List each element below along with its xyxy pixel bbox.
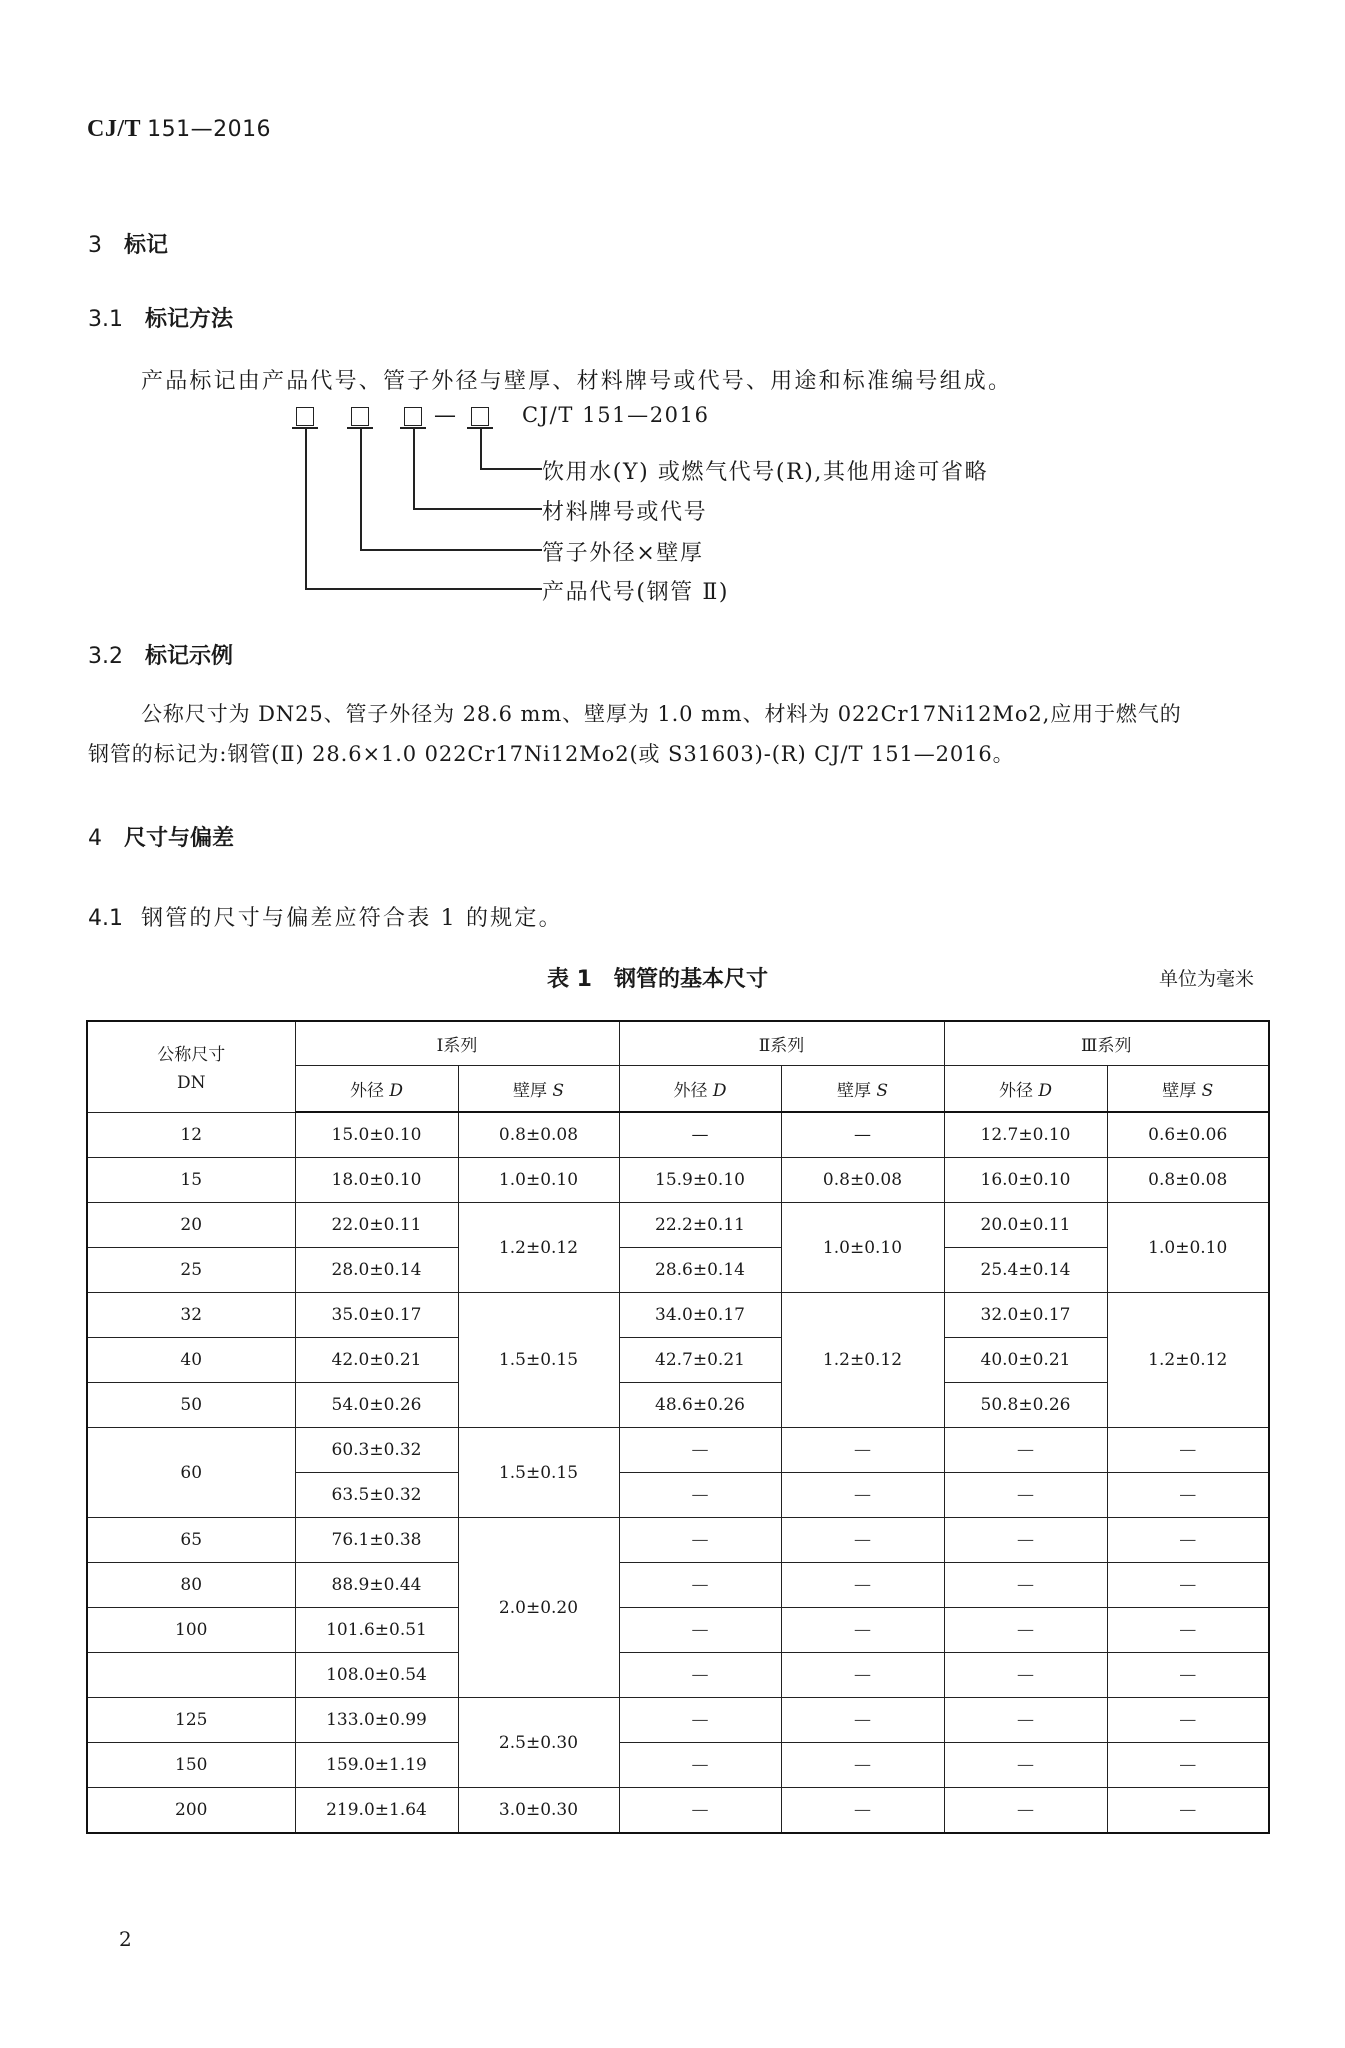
cell-s2-wt: — [781, 1112, 944, 1158]
diagram-label-dimensions: 管子外径×壁厚 [542, 536, 704, 567]
cell-s2-wt: 1.0±0.10 [781, 1203, 944, 1293]
cell-s1-od: 108.0±0.54 [295, 1653, 458, 1698]
section-title: 标记方法 [145, 307, 233, 332]
cell-s1-od: 219.0±1.64 [295, 1788, 458, 1834]
table-row: 15 18.0±0.10 1.0±0.10 15.9±0.10 0.8±0.08… [87, 1158, 1269, 1203]
header-outer-diameter: 外径 D [944, 1066, 1107, 1113]
cell-s1-od: 42.0±0.21 [295, 1338, 458, 1383]
cell-s2-od: — [619, 1112, 781, 1158]
cell-s3-wt: — [1107, 1518, 1269, 1563]
cell-dn: 80 [87, 1563, 295, 1608]
cell-s1-od: 60.3±0.32 [295, 1428, 458, 1473]
cell-s3-od: 40.0±0.21 [944, 1338, 1107, 1383]
cell-s1-od: 54.0±0.26 [295, 1383, 458, 1428]
section-number: 4.1 [88, 906, 123, 931]
cell-s1-wt: 1.2±0.12 [458, 1203, 619, 1293]
cell-s2-wt: — [781, 1788, 944, 1834]
cell-s2-od: 34.0±0.17 [619, 1293, 781, 1338]
section-3-heading: 3标记 [88, 228, 168, 259]
cell-s3-od: — [944, 1608, 1107, 1653]
cell-s1-od: 76.1±0.38 [295, 1518, 458, 1563]
section-number: 3.1 [88, 307, 123, 332]
placeholder-box-product-code [296, 407, 314, 426]
standard-code-number: 151—2016 [147, 117, 271, 142]
cell-s1-wt: 1.0±0.10 [458, 1158, 619, 1203]
cell-s2-wt: — [781, 1608, 944, 1653]
cell-s3-wt: — [1107, 1473, 1269, 1518]
cell-s2-wt: — [781, 1428, 944, 1473]
section-number: 3.2 [88, 644, 123, 669]
standard-code-prefix: CJ/T [87, 116, 141, 142]
cell-dn: 12 [87, 1112, 295, 1158]
diagram-label-usage: 饮用水(Y) 或燃气代号(R),其他用途可省略 [542, 455, 988, 486]
cell-s2-wt: — [781, 1563, 944, 1608]
cell-s2-od: 48.6±0.26 [619, 1383, 781, 1428]
leader-line [305, 428, 307, 589]
cell-s3-od: 32.0±0.17 [944, 1293, 1107, 1338]
header-series-3: Ⅲ系列 [944, 1021, 1269, 1066]
header-label: 外径 [999, 1081, 1033, 1101]
section-3-2-paragraph-line1: 公称尺寸为 DN25、管子外径为 28.6 mm、壁厚为 1.0 mm、材料为 … [141, 698, 1182, 728]
cell-s3-wt: 1.2±0.12 [1107, 1293, 1269, 1428]
cell-s2-od: 42.7±0.21 [619, 1338, 781, 1383]
cell-s3-wt: 0.8±0.08 [1107, 1158, 1269, 1203]
cell-s2-od: — [619, 1608, 781, 1653]
table-row: 100 101.6±0.51 — — — — [87, 1608, 1269, 1653]
cell-s3-wt: 0.6±0.06 [1107, 1112, 1269, 1158]
cell-s3-od: — [944, 1788, 1107, 1834]
cell-s3-od: 50.8±0.26 [944, 1383, 1107, 1428]
cell-dn: 50 [87, 1383, 295, 1428]
table-row: 125 133.0±0.99 2.5±0.30 — — — — [87, 1698, 1269, 1743]
header-label: 壁厚 [1162, 1081, 1196, 1101]
cell-s3-wt: 1.0±0.10 [1107, 1203, 1269, 1293]
cell-s1-wt: 2.5±0.30 [458, 1698, 619, 1788]
cell-s1-od: 35.0±0.17 [295, 1293, 458, 1338]
header-outer-diameter: 外径 D [619, 1066, 781, 1113]
cell-s1-od: 101.6±0.51 [295, 1608, 458, 1653]
header-symbol: S [1202, 1081, 1214, 1101]
cell-s1-od: 88.9±0.44 [295, 1563, 458, 1608]
cell-dn [87, 1653, 295, 1698]
placeholder-box-dimensions [351, 407, 369, 426]
table-row: 40 42.0±0.21 42.7±0.21 40.0±0.21 [87, 1338, 1269, 1383]
table-title: 表 1 钢管的基本尺寸 [547, 962, 768, 993]
table-row: 20 22.0±0.11 1.2±0.12 22.2±0.11 1.0±0.10… [87, 1203, 1269, 1248]
cell-s1-wt: 1.5±0.15 [458, 1428, 619, 1518]
cell-s2-od: — [619, 1428, 781, 1473]
cell-s1-od: 28.0±0.14 [295, 1248, 458, 1293]
diagram-label-product-code: 产品代号(钢管 Ⅱ) [542, 575, 729, 606]
cell-s2-od: — [619, 1518, 781, 1563]
table-row: 108.0±0.54 — — — — [87, 1653, 1269, 1698]
section-title: 标记 [124, 233, 168, 258]
cell-s2-od: 15.9±0.10 [619, 1158, 781, 1203]
placeholder-box-material [404, 407, 422, 426]
cell-s2-wt: — [781, 1698, 944, 1743]
cell-s2-od: — [619, 1653, 781, 1698]
cell-s3-wt: — [1107, 1428, 1269, 1473]
cell-s3-wt: — [1107, 1698, 1269, 1743]
cell-s2-wt: — [781, 1743, 944, 1788]
cell-dn: 15 [87, 1158, 295, 1203]
diagram-label-material: 材料牌号或代号 [542, 495, 707, 526]
pipe-dimensions-table: 公称尺寸 DN Ⅰ系列 Ⅱ系列 Ⅲ系列 外径 D 壁厚 S 外径 D 壁厚 S … [86, 1020, 1270, 1834]
cell-dn: 25 [87, 1248, 295, 1293]
header-wall-thickness: 壁厚 S [458, 1066, 619, 1113]
cell-dn: 200 [87, 1788, 295, 1834]
table-row: 150 159.0±1.19 — — — — [87, 1743, 1269, 1788]
leader-line [413, 508, 542, 510]
table-row: 32 35.0±0.17 1.5±0.15 34.0±0.17 1.2±0.12… [87, 1293, 1269, 1338]
section-3-2-heading: 3.2标记示例 [88, 639, 233, 670]
header-label: 外径 [673, 1081, 707, 1101]
cell-s1-od: 63.5±0.32 [295, 1473, 458, 1518]
cell-dn: 20 [87, 1203, 295, 1248]
table-row: 200 219.0±1.64 3.0±0.30 — — — — [87, 1788, 1269, 1834]
cell-dn: 40 [87, 1338, 295, 1383]
leader-line [360, 428, 362, 550]
table-row: 65 76.1±0.38 2.0±0.20 — — — — [87, 1518, 1269, 1563]
cell-s2-od: 22.2±0.11 [619, 1203, 781, 1248]
cell-s3-wt: — [1107, 1653, 1269, 1698]
cell-s2-wt: 0.8±0.08 [781, 1158, 944, 1203]
cell-s3-wt: — [1107, 1563, 1269, 1608]
section-title: 标记示例 [145, 644, 233, 669]
cell-s2-od: — [619, 1743, 781, 1788]
cell-s3-wt: — [1107, 1743, 1269, 1788]
header-wall-thickness: 壁厚 S [781, 1066, 944, 1113]
header-label: 外径 [350, 1081, 384, 1101]
table-unit: 单位为毫米 [1159, 964, 1254, 991]
cell-s1-wt: 3.0±0.30 [458, 1788, 619, 1834]
cell-s3-od: 20.0±0.11 [944, 1203, 1107, 1248]
header-symbol: D [1038, 1081, 1052, 1101]
cell-dn: 150 [87, 1743, 295, 1788]
cell-s1-od: 15.0±0.10 [295, 1112, 458, 1158]
header-nominal-size: 公称尺寸 DN [87, 1021, 295, 1112]
leader-line [480, 428, 482, 469]
cell-s2-od: 28.6±0.14 [619, 1248, 781, 1293]
cell-dn: 32 [87, 1293, 295, 1338]
header-series-2: Ⅱ系列 [619, 1021, 944, 1066]
cell-s1-od: 22.0±0.11 [295, 1203, 458, 1248]
cell-dn: 60 [87, 1428, 295, 1518]
cell-s1-od: 159.0±1.19 [295, 1743, 458, 1788]
header-symbol: S [552, 1081, 564, 1101]
header-dn-label: DN [88, 1073, 295, 1093]
cell-s2-wt: 1.2±0.12 [781, 1293, 944, 1428]
cell-dn: 125 [87, 1698, 295, 1743]
placeholder-box-usage [471, 407, 489, 426]
cell-s1-wt: 0.8±0.08 [458, 1112, 619, 1158]
header-symbol: D [389, 1081, 403, 1101]
table-row: 50 54.0±0.26 48.6±0.26 50.8±0.26 [87, 1383, 1269, 1428]
diagram-dash: — [434, 403, 458, 428]
page-number: 2 [119, 1927, 132, 1951]
cell-s3-od: — [944, 1563, 1107, 1608]
section-4-heading: 4尺寸与偏差 [88, 821, 234, 852]
cell-s3-od: — [944, 1518, 1107, 1563]
leader-line [413, 428, 415, 509]
header-label: 壁厚 [837, 1081, 871, 1101]
diagram-standard-ref: CJ/T 151—2016 [522, 403, 710, 427]
cell-s3-od: — [944, 1473, 1107, 1518]
cell-s3-wt: — [1107, 1608, 1269, 1653]
section-4-1-line: 4.1钢管的尺寸与偏差应符合表 1 的规定。 [88, 901, 563, 932]
cell-s3-od: — [944, 1653, 1107, 1698]
table-row: 12 15.0±0.10 0.8±0.08 — — 12.7±0.10 0.6±… [87, 1112, 1269, 1158]
cell-s3-od: 25.4±0.14 [944, 1248, 1107, 1293]
section-3-1-heading: 3.1标记方法 [88, 302, 233, 333]
section-3-2-paragraph-line2: 钢管的标记为:钢管(Ⅱ) 28.6×1.0 022Cr17Ni12Mo2(或 S… [88, 738, 1015, 768]
cell-dn: 65 [87, 1518, 295, 1563]
cell-s2-od: — [619, 1788, 781, 1834]
cell-s2-od: — [619, 1473, 781, 1518]
cell-s3-od: 12.7±0.10 [944, 1112, 1107, 1158]
cell-s2-od: — [619, 1563, 781, 1608]
leader-line [360, 549, 542, 551]
standard-code-header: CJ/T 151—2016 [87, 116, 271, 143]
section-number: 4 [88, 826, 102, 851]
cell-s3-od: — [944, 1698, 1107, 1743]
section-title: 尺寸与偏差 [124, 826, 234, 851]
header-symbol: S [876, 1081, 888, 1101]
cell-s2-od: — [619, 1698, 781, 1743]
cell-s2-wt: — [781, 1473, 944, 1518]
section-number: 3 [88, 233, 102, 258]
header-nominal-size-label: 公称尺寸 [88, 1040, 295, 1065]
cell-dn: 100 [87, 1608, 295, 1653]
section-3-1-paragraph: 产品标记由产品代号、管子外径与壁厚、材料牌号或代号、用途和标准编号组成。 [141, 364, 1012, 395]
cell-s1-wt: 1.5±0.15 [458, 1293, 619, 1428]
cell-s3-od: — [944, 1428, 1107, 1473]
cell-s2-wt: — [781, 1653, 944, 1698]
header-outer-diameter: 外径 D [295, 1066, 458, 1113]
section-4-1-text: 钢管的尺寸与偏差应符合表 1 的规定。 [141, 906, 563, 931]
header-wall-thickness: 壁厚 S [1107, 1066, 1269, 1113]
table-row: 25 28.0±0.14 28.6±0.14 25.4±0.14 [87, 1248, 1269, 1293]
leader-line [480, 468, 542, 470]
table-row: 60 60.3±0.32 1.5±0.15 — — — — [87, 1428, 1269, 1473]
header-series-1: Ⅰ系列 [295, 1021, 619, 1066]
header-label: 壁厚 [513, 1081, 547, 1101]
cell-s2-wt: — [781, 1518, 944, 1563]
cell-s3-wt: — [1107, 1788, 1269, 1834]
cell-s1-od: 18.0±0.10 [295, 1158, 458, 1203]
cell-s3-od: 16.0±0.10 [944, 1158, 1107, 1203]
cell-s1-od: 133.0±0.99 [295, 1698, 458, 1743]
table-row: 80 88.9±0.44 — — — — [87, 1563, 1269, 1608]
cell-s1-wt: 2.0±0.20 [458, 1518, 619, 1698]
leader-line [305, 588, 542, 590]
cell-s3-od: — [944, 1743, 1107, 1788]
header-symbol: D [713, 1081, 727, 1101]
